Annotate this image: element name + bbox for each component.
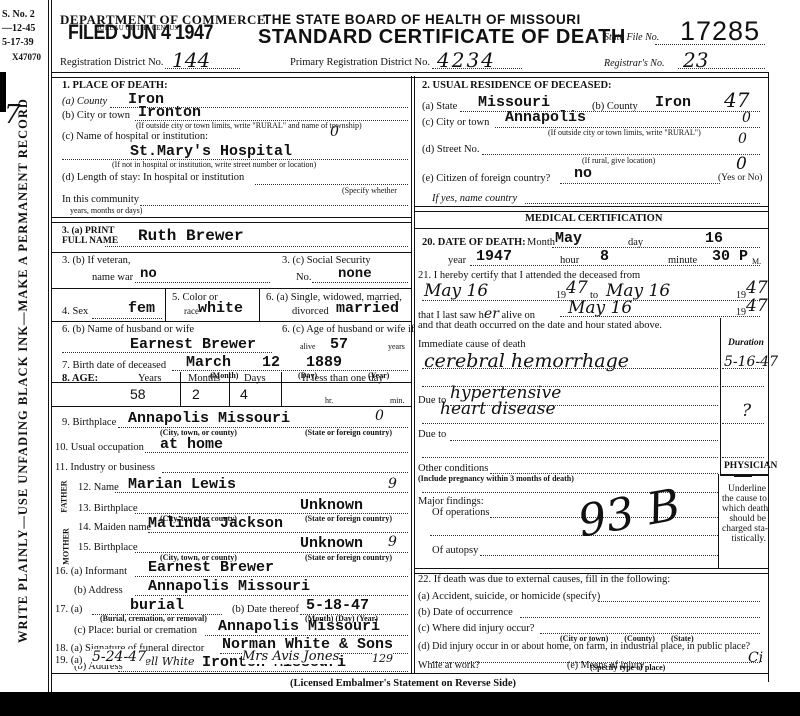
race-label-2: race	[184, 306, 199, 316]
instruction-text: WRITE PLAINLY—USE UNFADING BLACK INK—MAK…	[16, 98, 31, 643]
burial-place: Annapolis Missouri	[218, 618, 380, 635]
country-label: If yes, name country	[432, 193, 517, 204]
field-line	[135, 282, 270, 283]
citizen: no	[574, 165, 592, 182]
due-to-label-2: Due to	[418, 429, 446, 440]
father-birthplace: Unknown	[300, 497, 363, 514]
mother-birthplace: Unknown	[300, 535, 363, 552]
form-code: X47070	[2, 50, 41, 64]
column-divider-b	[414, 76, 415, 674]
mother-code: 9	[388, 534, 397, 550]
dod-month-label: Month	[527, 237, 555, 248]
operations-label: Of operations	[432, 507, 489, 518]
dod-day: 16	[705, 230, 723, 247]
hospital-name: St.Mary's Hospital	[130, 143, 292, 160]
last-saw-date: May 16	[568, 298, 632, 318]
occurrence-label: (b) Date of occurrence	[418, 607, 513, 618]
industry-label: 11. Industry or business	[55, 462, 155, 473]
deceased-name: Ruth Brewer	[138, 227, 244, 245]
county-label: (a) County	[62, 96, 107, 107]
field-line	[525, 203, 760, 204]
divider	[415, 228, 768, 229]
stay-label: (d) Length of stay: In hospital or insti…	[62, 172, 244, 183]
ssn-value: none	[338, 266, 372, 282]
field-line	[92, 318, 162, 319]
field-line	[722, 386, 764, 387]
birth-date-label: 7. Birth date of deceased	[62, 360, 166, 371]
field-line	[135, 595, 408, 596]
column-divider-a	[411, 76, 412, 674]
divider	[52, 252, 411, 253]
sex-label: 4. Sex	[62, 306, 88, 317]
age-days: 4	[240, 386, 248, 402]
code-stamp: 93 B	[574, 480, 684, 548]
occurred-label: and that death occurred on the date and …	[418, 320, 662, 331]
means-label: (e) Means of injury	[567, 660, 644, 671]
dod-year-label: year	[448, 255, 466, 266]
autopsy-label: Of autopsy	[432, 545, 478, 556]
dod-year: 1947	[476, 248, 512, 265]
spouse-label: 6. (b) Name of husband or wife	[62, 324, 194, 335]
field-line	[480, 555, 718, 556]
accident-label: (a) Accident, suicide, or homicide (spec…	[418, 591, 600, 602]
physician-title: PHYSICIAN	[724, 461, 777, 471]
death-city: Ironton	[138, 104, 201, 121]
work-label: While at work?	[418, 660, 480, 671]
birth-day: 12	[262, 354, 280, 371]
cell-divider	[165, 288, 166, 321]
state-file-label: State File No.	[604, 32, 659, 43]
name-label-line2: FULL NAME	[62, 236, 118, 246]
birthplace-code: 0	[375, 408, 384, 424]
external-label: 22. If death was due to external causes,…	[418, 574, 670, 585]
alive-label: alive	[300, 342, 316, 351]
field-line	[450, 440, 718, 441]
field-line	[678, 68, 765, 69]
divider	[52, 406, 411, 407]
days-col: Days	[244, 373, 266, 384]
state-caption: (State or foreign country)	[305, 428, 392, 437]
cell-divider	[281, 372, 282, 406]
res-city-code: 0	[742, 110, 751, 126]
board-heading: THE STATE BOARD OF HEALTH OF MISSOURI	[263, 12, 581, 27]
res-county-code: 47	[724, 88, 749, 112]
divider	[52, 288, 411, 289]
age-years: 58	[130, 386, 146, 402]
disposal-date: 5-18-47	[306, 597, 369, 614]
frame-right	[768, 72, 769, 682]
disposal: burial	[130, 597, 184, 614]
medical-heading: MEDICAL CERTIFICATION	[525, 213, 662, 224]
note-line: tistically.	[722, 534, 766, 544]
field-line	[560, 316, 760, 317]
hospital-note: (If not in hospital or institution, writ…	[112, 160, 316, 169]
informant-address: Annapolis Missouri	[148, 578, 310, 595]
funeral-director-label: 18. (a) Signature of funeral director	[55, 643, 204, 654]
note-line: should be	[722, 514, 766, 524]
dod-label: 20. DATE OF DEATH:	[422, 237, 526, 248]
physician-column-divider	[718, 474, 719, 568]
state-caption: (State or foreign country)	[305, 514, 392, 523]
res-city: Annapolis	[505, 109, 586, 126]
informant: Earnest Brewer	[148, 559, 274, 576]
marital-value: married	[336, 300, 399, 317]
street-code: 0	[738, 131, 747, 147]
field-line	[312, 282, 408, 283]
city-note: (If outside city or town limits, write "…	[136, 121, 362, 130]
fd-address: Ironton Missouri	[202, 654, 346, 671]
mother-tag: MOTHER	[62, 528, 71, 564]
attended-from: May 16	[424, 281, 488, 301]
other-conditions-note: (Include pregnancy within 3 months of de…	[418, 474, 574, 483]
street-label: (d) Street No.	[422, 144, 479, 155]
form-code: S. No. 2	[2, 8, 41, 22]
disposal-label: 17. (a)	[55, 604, 82, 615]
citizen-code: 0	[736, 154, 747, 174]
to-year: 47	[746, 278, 768, 298]
birthplace: Annapolis Missouri	[128, 410, 290, 427]
last-year: 47	[746, 296, 768, 316]
due-to-1b: heart disease	[440, 399, 556, 419]
hr-label: hr.	[325, 396, 333, 405]
dod-hour: 8	[600, 248, 609, 265]
less-than-day-col: If less than one day	[302, 373, 384, 384]
form-codes: S. No. 2 —12-45 5-17-39 X47070	[2, 8, 41, 64]
home-label: (d) Did injury occur in or about home, o…	[418, 641, 750, 652]
signature-row: While at work? (e) Means of injury	[415, 660, 768, 674]
primary-reg-label: Primary Registration District No.	[290, 57, 430, 68]
fd-address-label: (b) Address	[74, 661, 123, 672]
stay-note: (Specify whether	[342, 186, 397, 195]
veteran-label: 3. (b) If veteran,	[62, 255, 131, 266]
dod-month: May	[555, 230, 582, 247]
state-file-no: 17285	[680, 16, 760, 47]
vertical-instruction: WRITE PLAINLY—USE UNFADING BLACK INK—MAK…	[12, 90, 34, 650]
community-label: In this community	[62, 194, 139, 205]
reg-district-label: Registration District No.	[60, 57, 164, 68]
note-line: which death	[722, 504, 766, 514]
informant-label: 16. (a) Informant	[55, 566, 127, 577]
state-caption: (State or foreign country)	[305, 553, 392, 562]
note-line: Underline	[722, 484, 766, 494]
name-label: 3. (a) PRINT FULL NAME	[62, 226, 118, 246]
residence-heading: 2. USUAL RESIDENCE OF DECEASED:	[422, 80, 612, 91]
spouse-age-label: 6. (c) Age of husband or wife if	[282, 324, 414, 335]
field-line	[560, 183, 720, 184]
dod-minute: 30 P	[712, 248, 748, 265]
mother-name-label: 14. Maiden name	[78, 522, 151, 533]
field-line	[520, 617, 760, 618]
birth-year: 1889	[306, 354, 342, 371]
field-line	[422, 368, 718, 369]
race-value: white	[198, 300, 243, 317]
field-line	[162, 472, 408, 473]
birthplace-label: 9. Birthplace	[62, 417, 116, 428]
note-line: charged sta-	[722, 524, 766, 534]
hospital-label: (c) Name of hospital or institution:	[62, 131, 208, 142]
spouse-name: Earnest Brewer	[130, 336, 256, 353]
field-line	[140, 205, 408, 206]
field-line	[722, 423, 764, 424]
fd-address-signature: Russell White	[118, 655, 195, 668]
name-label-line1: 3. (a) PRINT	[62, 226, 118, 236]
field-line	[450, 405, 718, 406]
major-findings-label: Major findings:	[418, 496, 484, 507]
years-label: years	[388, 342, 405, 351]
field-line	[165, 68, 240, 69]
duration-column-divider	[720, 318, 721, 474]
res-city-label: (c) City or town	[422, 117, 489, 128]
occupation: at home	[160, 436, 223, 453]
field-line	[255, 184, 408, 185]
form-code: 5-17-39	[2, 36, 41, 50]
field-line	[422, 423, 718, 424]
burial-place-label: (c) Place: burial or cremation	[74, 625, 197, 636]
birth-month: March	[186, 354, 231, 371]
divider	[52, 321, 411, 322]
months-col: Months	[188, 373, 220, 384]
citizen-note: (Yes or No)	[718, 173, 762, 183]
where-label: (c) Where did injury occur?	[418, 623, 534, 634]
field-line	[655, 44, 765, 45]
mother-name: Malinda Jackson	[148, 515, 283, 532]
res-state-label: (a) State	[422, 101, 457, 112]
sex-value: fem	[128, 300, 155, 317]
from-year: 47	[566, 278, 588, 298]
war-label: name war	[92, 272, 133, 283]
marital-label-2: divorced	[292, 306, 329, 317]
field-line	[105, 246, 408, 247]
cell-divider	[180, 372, 181, 406]
age-months: 2	[192, 386, 200, 402]
place-of-death-heading: 1. PLACE OF DEATH:	[62, 80, 168, 91]
age-label: 8. AGE:	[62, 373, 98, 384]
note-line: the cause to	[722, 494, 766, 504]
section-divider	[52, 217, 411, 223]
funeral-director: Norman White & Sons	[222, 636, 393, 653]
border-left-inner	[51, 0, 52, 692]
res-city-note: (If outside city or town limits, write "…	[548, 128, 701, 137]
mother-birthplace-label: 15. Birthplace	[78, 542, 137, 553]
ssn-label: 3. (c) Social Security	[282, 255, 371, 266]
certificate-title: STANDARD CERTIFICATE OF DEATH	[258, 26, 626, 49]
field-line	[115, 492, 408, 493]
field-line	[470, 265, 760, 266]
years-col: Years	[138, 373, 161, 384]
field-line	[722, 457, 764, 458]
immediate-cause-label: Immediate cause of death	[418, 339, 526, 350]
border-left-outer	[48, 0, 49, 692]
death-certificate: S. No. 2 —12-45 5-17-39 X47070 7 WRITE P…	[0, 0, 800, 692]
footer-note: (Licensed Embalmer's Statement on Revers…	[290, 678, 516, 689]
cell-divider	[259, 288, 260, 321]
form-code: —12-45	[2, 22, 41, 36]
field-line	[118, 671, 408, 672]
field-line	[722, 368, 764, 369]
informant-address-label: (b) Address	[74, 585, 123, 596]
registrar-no-label: Registrar's No.	[604, 58, 664, 69]
field-line	[422, 457, 718, 458]
father-name-label: 12. Name	[78, 482, 119, 493]
war-value: no	[140, 266, 157, 282]
cell-divider	[229, 372, 230, 406]
section-divider	[415, 206, 768, 212]
field-line	[598, 601, 760, 602]
father-tag: FATHER	[60, 480, 69, 512]
field-line	[148, 532, 408, 533]
filed-stamp: FILED JUN 4 1947	[68, 21, 213, 45]
disposal-caption: (Burial, cremation, or removal)	[100, 614, 207, 623]
father-birthplace-label: 13. Birthplace	[78, 503, 137, 514]
physician-note: Underline the cause to which death shoul…	[722, 484, 766, 544]
community-note: years, months or days)	[70, 206, 142, 215]
divider-short	[734, 476, 752, 477]
spouse-age: 57	[330, 336, 348, 353]
field-line	[135, 576, 408, 577]
ssn-no-label: No.	[296, 272, 311, 283]
duration-label: Duration	[728, 338, 764, 348]
field-line	[482, 154, 760, 155]
field-line	[145, 452, 408, 453]
street-note: (If rural, give location)	[582, 156, 655, 165]
father-code: 9	[388, 476, 397, 492]
frame-top	[52, 72, 768, 78]
field-line	[62, 352, 272, 353]
hospital-code: 0	[330, 124, 339, 140]
city-label: (b) City or town	[62, 110, 130, 121]
father-name: Marian Lewis	[128, 476, 236, 493]
res-county: Iron	[655, 94, 691, 111]
min-label: min.	[390, 396, 404, 405]
disposal-date-label: (b) Date thereof	[232, 604, 299, 615]
certify-label: 21. I hereby certify that I attended the…	[418, 270, 640, 281]
field-line	[430, 535, 718, 536]
citizen-label: (e) Citizen of foreign country?	[422, 173, 550, 184]
occupation-label: 10. Usual occupation	[55, 442, 144, 453]
other-conditions-label: Other conditions	[418, 463, 488, 474]
left-margin: S. No. 2 —12-45 5-17-39 X47070 7 WRITE P…	[0, 0, 48, 692]
field-line	[432, 68, 522, 69]
due-to-duration: ?	[742, 401, 751, 421]
